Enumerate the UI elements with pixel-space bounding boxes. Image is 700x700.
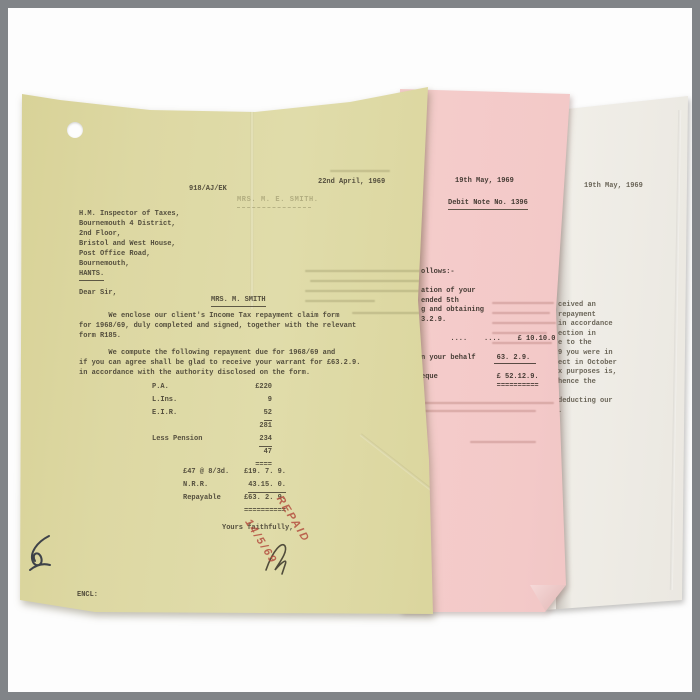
county-underlined: HANTS. bbox=[79, 269, 104, 281]
ghost-text-line bbox=[310, 280, 426, 282]
table-row: 281 bbox=[152, 421, 272, 434]
yellow-letter-wrap: 918/AJ/EK 22nd April, 1969 MRS. M. E. SM… bbox=[0, 0, 700, 700]
row-value: £220 bbox=[255, 382, 272, 395]
row-value: 9 bbox=[268, 395, 272, 408]
table-row: P.A.£220 bbox=[152, 382, 272, 395]
row-label: N.R.R. bbox=[183, 480, 208, 493]
repaid-word: REPAID bbox=[273, 494, 312, 546]
row-value: 43.15. 0. bbox=[248, 480, 286, 493]
recipient-address: H.M. Inspector of Taxes, Bournemouth 4 D… bbox=[79, 209, 180, 269]
row-label: P.A. bbox=[152, 382, 169, 395]
row-value: 47 bbox=[264, 447, 272, 460]
subject-underlined: MRS. M. SMITH bbox=[211, 295, 266, 307]
row-label: L.Ins. bbox=[152, 395, 177, 408]
row-value: 52 bbox=[264, 408, 272, 421]
row-label: Repayable bbox=[183, 493, 221, 506]
table-row: 47 bbox=[152, 447, 272, 460]
ghost-text-line bbox=[330, 170, 390, 172]
reference-number: 918/AJ/EK bbox=[189, 184, 227, 194]
recipient-county: HANTS. bbox=[79, 269, 104, 281]
ghost-text-line bbox=[305, 270, 427, 272]
table-row: E.I.R.52 bbox=[152, 408, 272, 421]
row-value: 281 bbox=[259, 421, 272, 434]
row-label: £47 @ 8/3d. bbox=[183, 467, 229, 480]
faint-stamp-underline bbox=[237, 206, 311, 208]
ghost-text-line bbox=[352, 312, 426, 314]
yellow-letter-paper: 918/AJ/EK 22nd April, 1969 MRS. M. E. SM… bbox=[0, 0, 700, 700]
subject-line: MRS. M. SMITH bbox=[211, 295, 266, 307]
row-label: E.I.R. bbox=[152, 408, 177, 421]
table-row: £47 @ 8/3d.£19. 7. 9. bbox=[183, 467, 286, 480]
letter-date: 22nd April, 1969 bbox=[318, 177, 385, 187]
photo-of-letters: 19th May, 1969 ceived an repayment in ac… bbox=[0, 0, 700, 700]
blue-ink-mark bbox=[25, 533, 55, 573]
table-row: Less Pension234 bbox=[152, 434, 272, 447]
row-value: 234 bbox=[259, 434, 272, 447]
hole-punch bbox=[67, 122, 83, 138]
body-paragraph-2: We compute the following repayment due f… bbox=[79, 348, 360, 378]
tax-computation-table: P.A.£220 L.Ins.9 E.I.R.52 281 Less Pensi… bbox=[152, 382, 272, 473]
salutation: Dear Sir, bbox=[79, 288, 117, 298]
table-row: N.R.R.43.15. 0. bbox=[183, 480, 286, 493]
table-row: L.Ins.9 bbox=[152, 395, 272, 408]
row-label: Less Pension bbox=[152, 434, 202, 447]
enclosure-note: ENCL: bbox=[77, 590, 98, 600]
ghost-text-line bbox=[305, 300, 375, 302]
yellow-paper-crease-diagonal bbox=[360, 433, 456, 509]
faint-name-stamp: MRS. M. E. SMITH. bbox=[237, 196, 319, 204]
ghost-text-line bbox=[305, 290, 428, 292]
body-paragraph-1: We enclose our client's Income Tax repay… bbox=[79, 311, 356, 341]
row-value: £19. 7. 9. bbox=[244, 467, 286, 480]
repaid-date: 14/5/69 bbox=[241, 517, 279, 567]
